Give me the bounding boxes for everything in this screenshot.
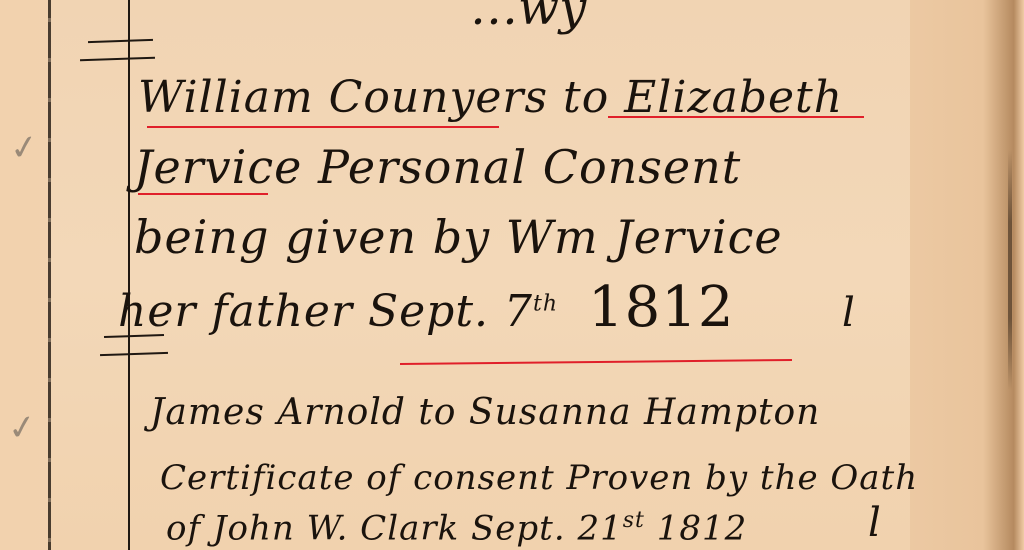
entry-2-date-prefix: of John W. Clark Sept	[166, 508, 554, 548]
entry-2-date-dot: .	[554, 508, 578, 548]
entry-1-date-day: .	[474, 286, 504, 337]
cropped-text-fragment: …wy	[470, 0, 586, 36]
entry-1-line-4: her father Sept. 7th 1812	[118, 275, 735, 340]
check-mark-icon: ✓	[7, 126, 41, 170]
entry-2-year: 1812	[657, 508, 748, 548]
highlight-underline-william-counyers	[147, 126, 499, 128]
entry-1-year: 1812	[588, 275, 735, 340]
highlight-underline-elizabeth	[608, 116, 864, 118]
entry-1-line-3: being given by Wm Jervice	[134, 210, 783, 264]
entry-1-date-prefix: her father Sept	[118, 286, 474, 337]
entry-2-end-mark: l	[868, 500, 881, 546]
entry-2-line-1: James Arnold to Susanna Hampton	[150, 392, 820, 433]
entry-1-end-mark: l	[842, 290, 855, 336]
entry-1-ordinal-suffix: th	[533, 291, 558, 316]
book-gutter-shadow	[1008, 150, 1012, 390]
entry-2-ordinal-suffix: st	[623, 508, 645, 533]
entry-2-day: 21	[577, 508, 622, 548]
check-mark-icon: ✓	[5, 406, 39, 450]
entry-1-line-2: Jervice Personal Consent	[134, 140, 741, 194]
highlight-underline-jervice	[138, 193, 268, 195]
entry-1-day: 7	[504, 286, 533, 337]
entry-2-line-2: Certificate of consent Proven by the Oat…	[160, 458, 918, 498]
sheet-left-edge	[48, 0, 51, 550]
entry-2-line-3: of John W. Clark Sept. 21st 1812	[166, 508, 747, 548]
